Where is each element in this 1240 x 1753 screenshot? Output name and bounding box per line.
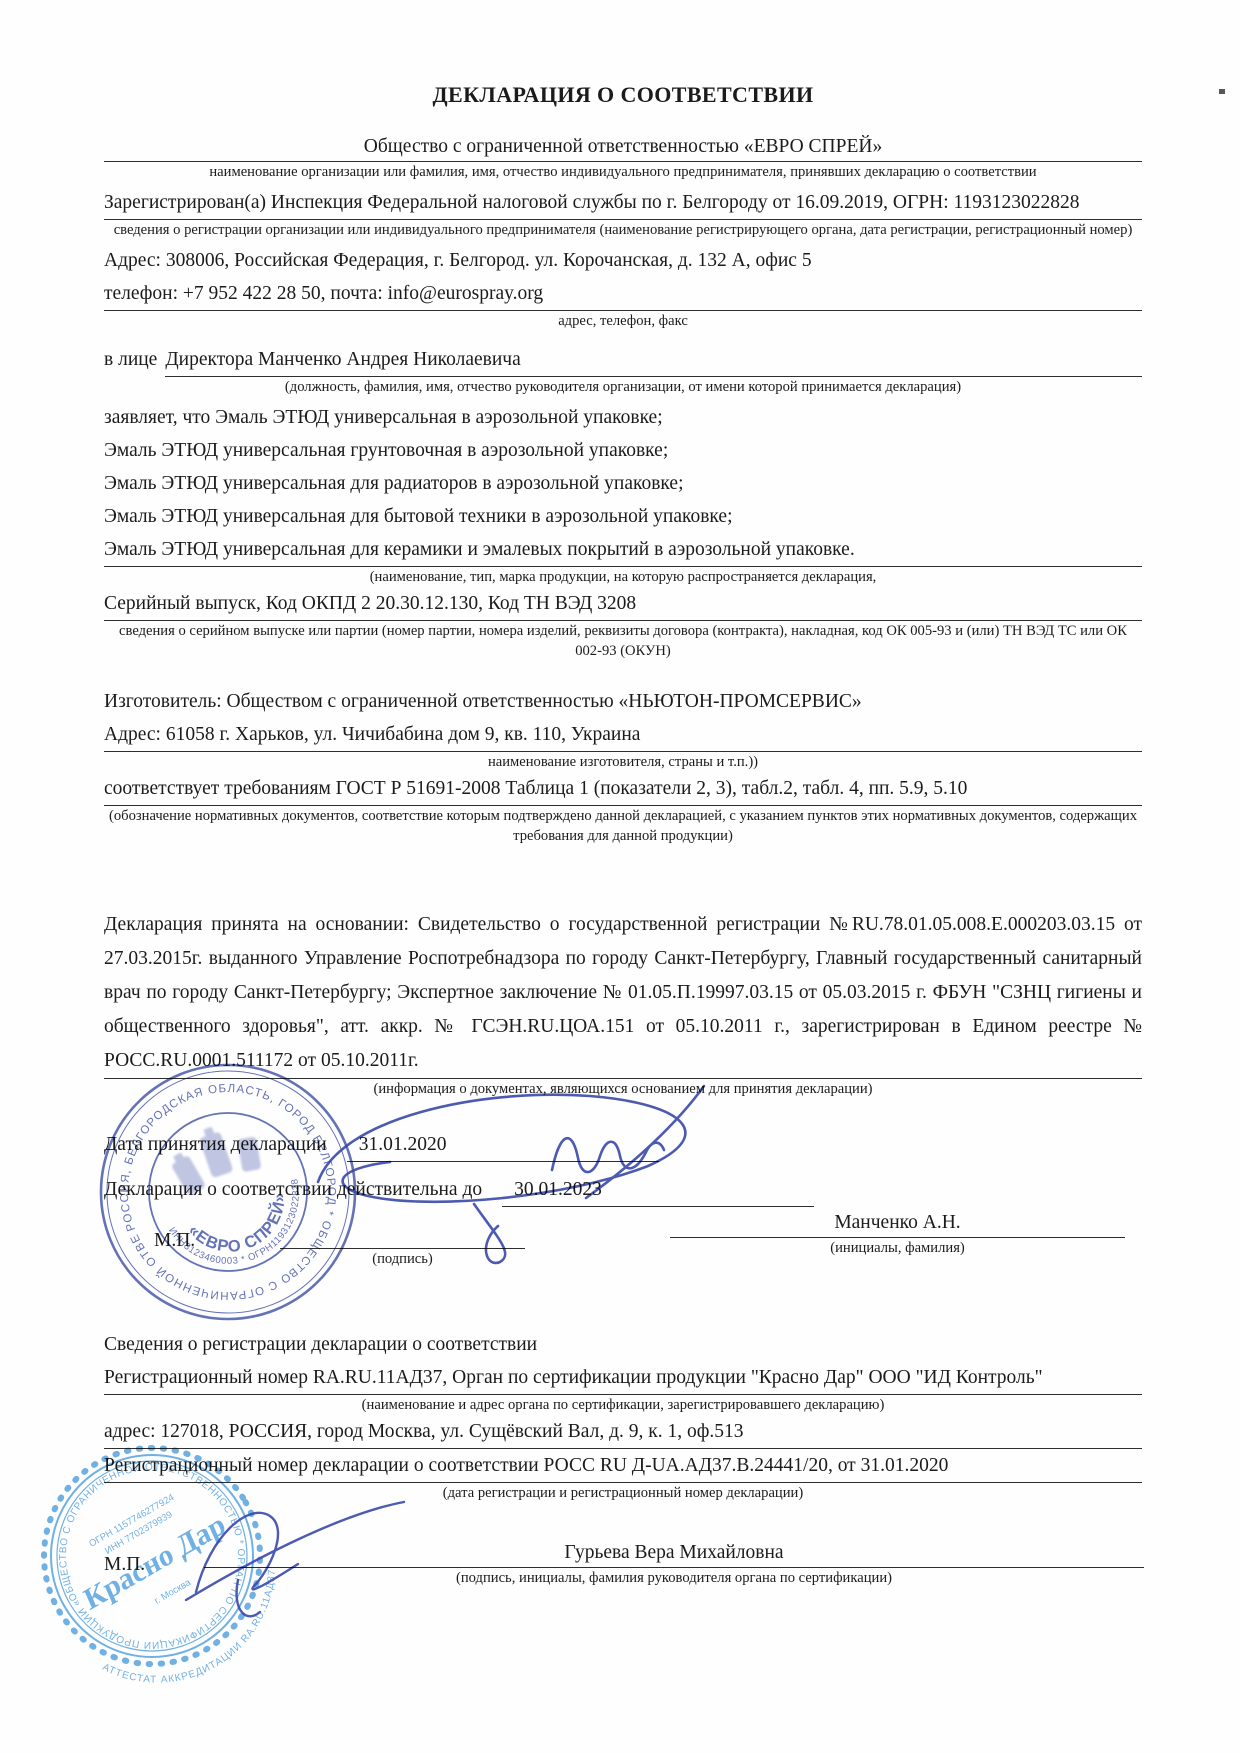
cert-body-address: адрес: 127018, РОССИЯ, город Москва, ул.… <box>104 1415 1142 1449</box>
registration-section: Сведения о регистрации декларации о соот… <box>104 1328 1142 1503</box>
basis-hint: (информация о документах, являющихся осн… <box>104 1079 1142 1099</box>
dates-section: Дата принятия декларации 31.01.2020 Декл… <box>104 1128 1142 1207</box>
product-line: Эмаль ЭТЮД универсальная для керамики и … <box>104 533 1142 567</box>
org-name-hint: наименование организации или фамилия, им… <box>104 162 1142 182</box>
adoption-date-label: Дата принятия декларации <box>104 1128 327 1162</box>
product-line: Эмаль ЭТЮД универсальная для бытовой тех… <box>104 500 1142 533</box>
product-line: заявляет, что Эмаль ЭТЮД универсальная в… <box>104 401 1142 434</box>
basis-paragraph: Декларация принята на основании: Свидете… <box>104 908 1142 1079</box>
signer-block: Манченко А.Н. (инициалы, фамилия) <box>670 1212 1125 1258</box>
signer-hint: (инициалы, фамилия) <box>670 1238 1125 1258</box>
representative-name: Директора Манченко Андрея Николаевича <box>165 343 1142 377</box>
conformity-hint: (обозначение нормативных документов, соо… <box>104 806 1142 846</box>
manufacturer-hint: наименование изготовителя, страны и т.п.… <box>104 752 1142 772</box>
manufacturer-address: Адрес: 61058 г. Харьков, ул. Чичибабина … <box>104 718 1142 752</box>
document-body: ДЕКЛАРАЦИЯ О СООТВЕТСТВИИ Общество с огр… <box>104 82 1142 846</box>
registration-number: Регистрационный номер RA.RU.11АД37, Орга… <box>104 1361 1142 1395</box>
registration-heading: Сведения о регистрации декларации о соот… <box>104 1328 1142 1361</box>
declaration-document: ДЕКЛАРАЦИЯ О СООТВЕТСТВИИ Общество с огр… <box>0 0 1240 1753</box>
representative-hint: (должность, фамилия, имя, отчество руков… <box>104 377 1142 397</box>
registration-hint: сведения о регистрации организации или и… <box>104 220 1142 240</box>
head-signer-hint: (подпись, инициалы, фамилия руководителя… <box>204 1568 1144 1588</box>
signer-name: Манченко А.Н. <box>670 1212 1125 1238</box>
stamp-place-label: М.П. <box>104 1554 145 1576</box>
signature-hint: (подпись) <box>280 1249 525 1269</box>
declarant-registration: Зарегистрирован(а) Инспекция Федеральной… <box>104 186 1142 220</box>
adoption-date-value: 31.01.2020 <box>347 1128 659 1162</box>
adoption-date-row: Дата принятия декларации 31.01.2020 <box>104 1128 1142 1162</box>
serial-line: Серийный выпуск, Код ОКПД 2 20.30.12.130… <box>104 587 1142 621</box>
basis-section: Декларация принята на основании: Свидете… <box>104 908 1142 1099</box>
product-line: Эмаль ЭТЮД универсальная грунтовочная в … <box>104 434 1142 467</box>
declarant-org-name: Общество с ограниченной ответственностью… <box>104 136 1142 162</box>
scan-speck <box>1219 89 1225 94</box>
signature-line: (подпись) <box>280 1248 525 1269</box>
declarant-address: Адрес: 308006, Российская Федерация, г. … <box>104 244 1142 277</box>
head-signer-block: Гурьева Вера Михайловна (подпись, инициа… <box>204 1542 1144 1588</box>
page-title: ДЕКЛАРАЦИЯ О СООТВЕТСТВИИ <box>104 82 1142 108</box>
representative-prefix: в лице <box>104 343 165 377</box>
manufacturer-name: Изготовитель: Обществом с ограниченной о… <box>104 685 1142 718</box>
stamp-place-label: М.П. <box>154 1230 195 1252</box>
representative-row: в лице Директора Манченко Андрея Николае… <box>104 343 1142 377</box>
signature-row: М.П. (подпись) Манченко А.Н. (инициалы, … <box>104 1212 1142 1312</box>
contact-hint: адрес, телефон, факс <box>104 311 1142 331</box>
declarant-phone: телефон: +7 952 422 28 50, почта: info@e… <box>104 277 1142 311</box>
registration-number-hint: (наименование и адрес органа по сертифик… <box>104 1395 1142 1415</box>
products-hint: (наименование, тип, марка продукции, на … <box>104 567 1142 587</box>
bottom-signature-row: М.П. Гурьева Вера Михайловна (подпись, и… <box>104 1542 1142 1622</box>
valid-until-value: 30.01.2023 <box>502 1173 814 1207</box>
valid-until-row: Декларация о соответствии действительна … <box>104 1173 1142 1207</box>
valid-until-label: Декларация о соответствии действительна … <box>104 1173 482 1207</box>
product-line: Эмаль ЭТЮД универсальная для радиаторов … <box>104 467 1142 500</box>
head-signer-name: Гурьева Вера Михайловна <box>204 1542 1144 1568</box>
serial-hint: сведения о серийном выпуске или партии (… <box>104 621 1142 661</box>
conformity-line: соответствует требованиям ГОСТ Р 51691-2… <box>104 772 1142 806</box>
declaration-number: Регистрационный номер декларации о соотв… <box>104 1449 1142 1483</box>
declaration-number-hint: (дата регистрации и регистрационный номе… <box>104 1483 1142 1503</box>
